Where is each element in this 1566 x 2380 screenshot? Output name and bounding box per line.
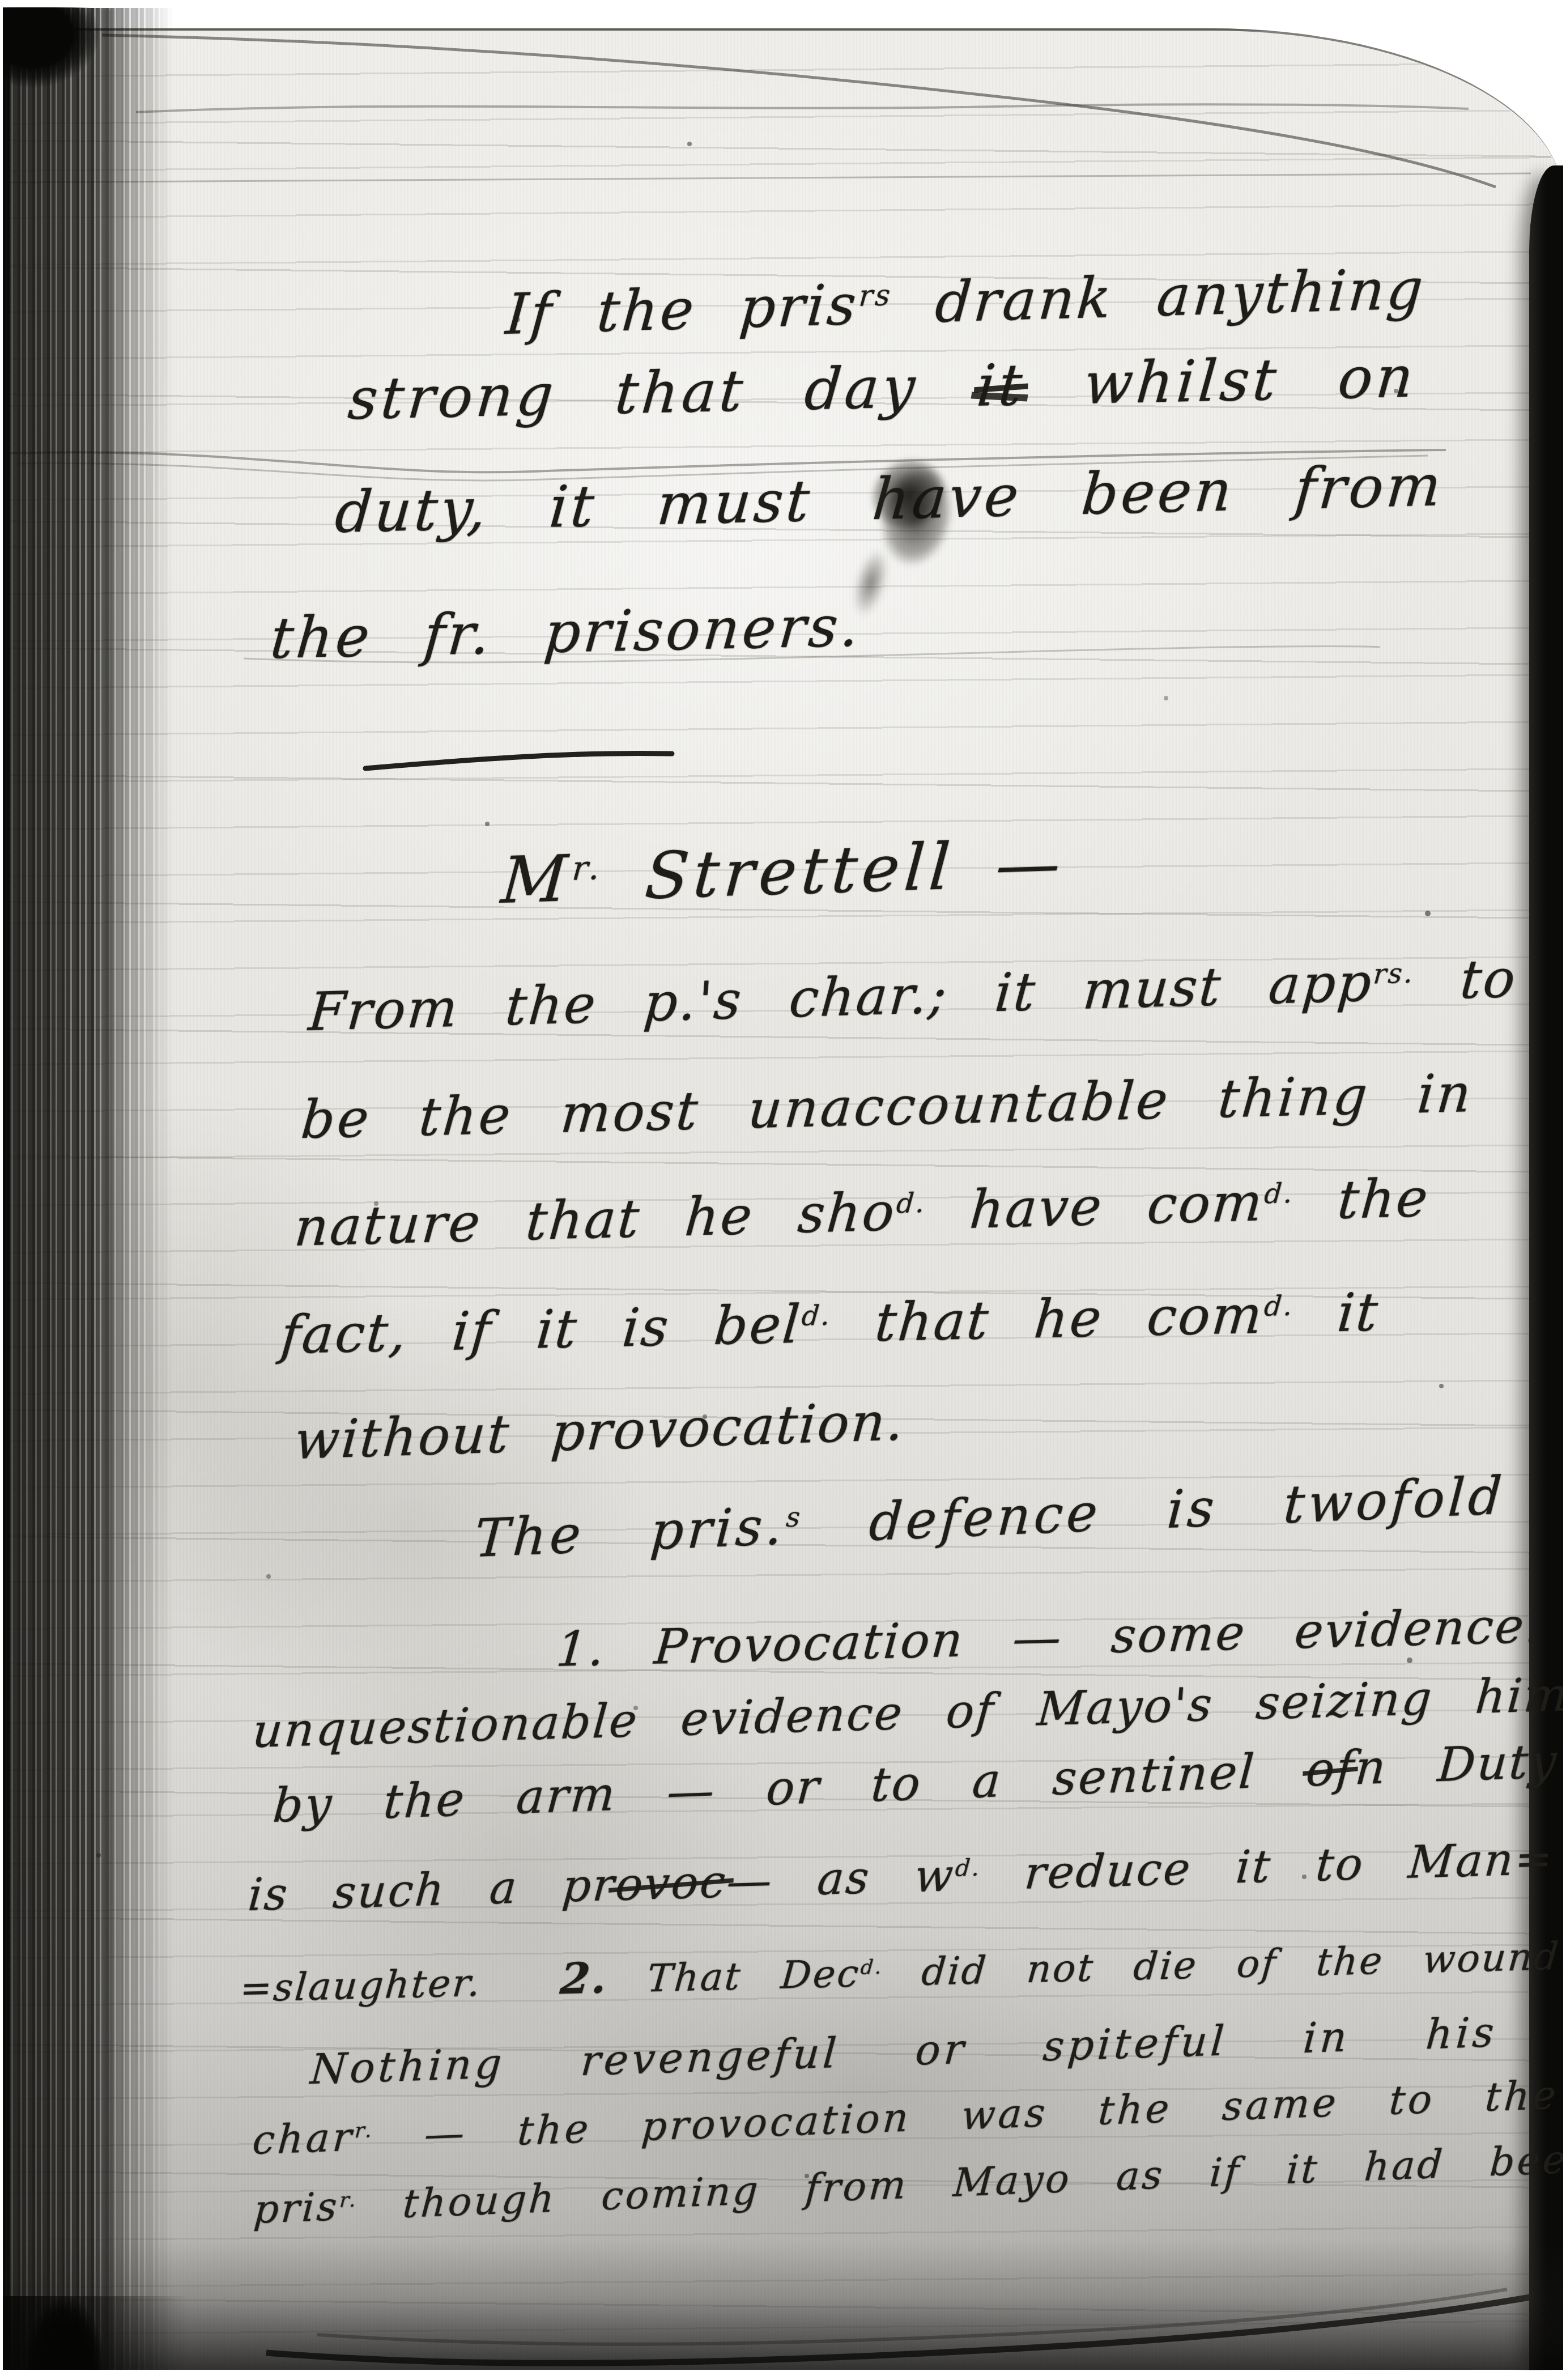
line-segment: M <box>499 841 574 918</box>
line-segment: =slaughter. <box>239 1958 562 2011</box>
superscript-abbreviation: rs. <box>1372 957 1416 990</box>
line-segment: n Duty <box>1354 1733 1560 1796</box>
struck-letters: ovoc <box>614 1855 729 1911</box>
line-segment: without provocation. <box>292 1391 907 1471</box>
handwritten-line-16: =slaughter. 2. That Decd. did not die of… <box>238 1929 1566 2012</box>
manuscript-photograph: If the prisrs drank anything strong that… <box>0 0 1566 2380</box>
line-segment: be the most unaccountable thing in <box>299 1062 1476 1150</box>
handwritten-line-1: If the prisrs drank anything <box>504 257 1428 348</box>
superscript-abbreviation: d. <box>859 1956 884 1979</box>
line-segment: the <box>1291 1167 1432 1232</box>
line-segment: is such a pr <box>246 1859 618 1921</box>
line-segment: strong that day <box>346 352 980 432</box>
superscript-abbreviation: d. <box>954 1854 982 1881</box>
line-segment: have com <box>923 1171 1266 1242</box>
line-segment: Strettell — <box>601 826 1067 915</box>
handwritten-line-15: is such a provoc— as wd. reduce it to Ma… <box>246 1833 1556 1922</box>
line-segment: drank anything <box>889 257 1427 337</box>
line-segment: 1. Provocation — some evidence. <box>554 1597 1544 1678</box>
handwriting-layer: If the prisrs drank anything strong that… <box>0 0 1566 2380</box>
line-segment: char <box>251 2114 356 2164</box>
defence-point-number: 2. <box>559 1953 610 2004</box>
photo-border-bottom <box>0 2370 1566 2380</box>
line-segment: the fr. prisoners. <box>268 593 864 671</box>
line-segment: fact, if it is bel <box>278 1294 803 1366</box>
superscript-abbreviation: s <box>785 1502 805 1533</box>
line-segment: If the pris <box>504 272 861 347</box>
superscript-abbreviation: rs <box>858 278 894 313</box>
handwritten-line-7: be the most unaccountable thing in <box>299 1062 1476 1150</box>
handwritten-line-12: 1. Provocation — some evidence. <box>554 1597 1544 1678</box>
struck-word: of <box>1304 1740 1357 1797</box>
superscript-abbreviation: d. <box>801 1300 833 1332</box>
photo-border-top <box>0 0 1566 7</box>
line-segment: pris <box>252 2184 341 2233</box>
handwritten-line-6: From the p.'s char.; it must apprs. to <box>307 947 1519 1043</box>
line-segment: duty, it must <box>333 466 875 546</box>
line-segment: to <box>1411 947 1519 1011</box>
line-segment: reduce it to Man= <box>978 1833 1556 1901</box>
handwritten-line-5: Mr. Strettell — <box>499 826 1067 919</box>
photo-border-right <box>1563 0 1566 2380</box>
handwritten-line-8: nature that he shod. have comd. the <box>292 1167 1432 1258</box>
line-segment: The pris. <box>473 1495 788 1569</box>
line-segment: that he com <box>828 1284 1266 1354</box>
line-segment: whilst on <box>1023 343 1419 418</box>
line-segment: — as w <box>725 1849 956 1907</box>
line-segment: From the p.'s char.; it must app <box>307 951 1375 1043</box>
line-segment: defence is twofold <box>801 1465 1507 1555</box>
photo-border-left <box>0 0 3 2380</box>
handwritten-line-10: without provocation. <box>292 1391 907 1471</box>
struck-word: it <box>975 351 1028 419</box>
line-segment: did not die of the wound. <box>880 1933 1566 1995</box>
line-segment: been from <box>1018 452 1446 529</box>
handwritten-line-2: strong that day it whilst on <box>346 343 1419 432</box>
superscript-abbreviation: r. <box>571 848 605 888</box>
line-segment: by the arm — or to a sentinel <box>271 1742 1308 1833</box>
superscript-abbreviation: r. <box>339 2188 359 2212</box>
line-segment: it <box>1291 1281 1382 1344</box>
handwritten-line-9: fact, if it is beld. that he comd. it <box>278 1281 1381 1366</box>
superscript-abbreviation: r. <box>354 2118 376 2143</box>
handwritten-line-4: the fr. prisoners. <box>268 593 864 671</box>
line-segment: nature that he sho <box>292 1181 899 1258</box>
superscript-abbreviation: d. <box>895 1187 927 1220</box>
handwritten-line-11: The pris.s defence is twofold <box>473 1465 1507 1570</box>
line-segment: That Dec <box>606 1951 862 2001</box>
superscript-abbreviation: d. <box>1263 1290 1295 1323</box>
superscript-abbreviation: d. <box>1263 1178 1295 1210</box>
